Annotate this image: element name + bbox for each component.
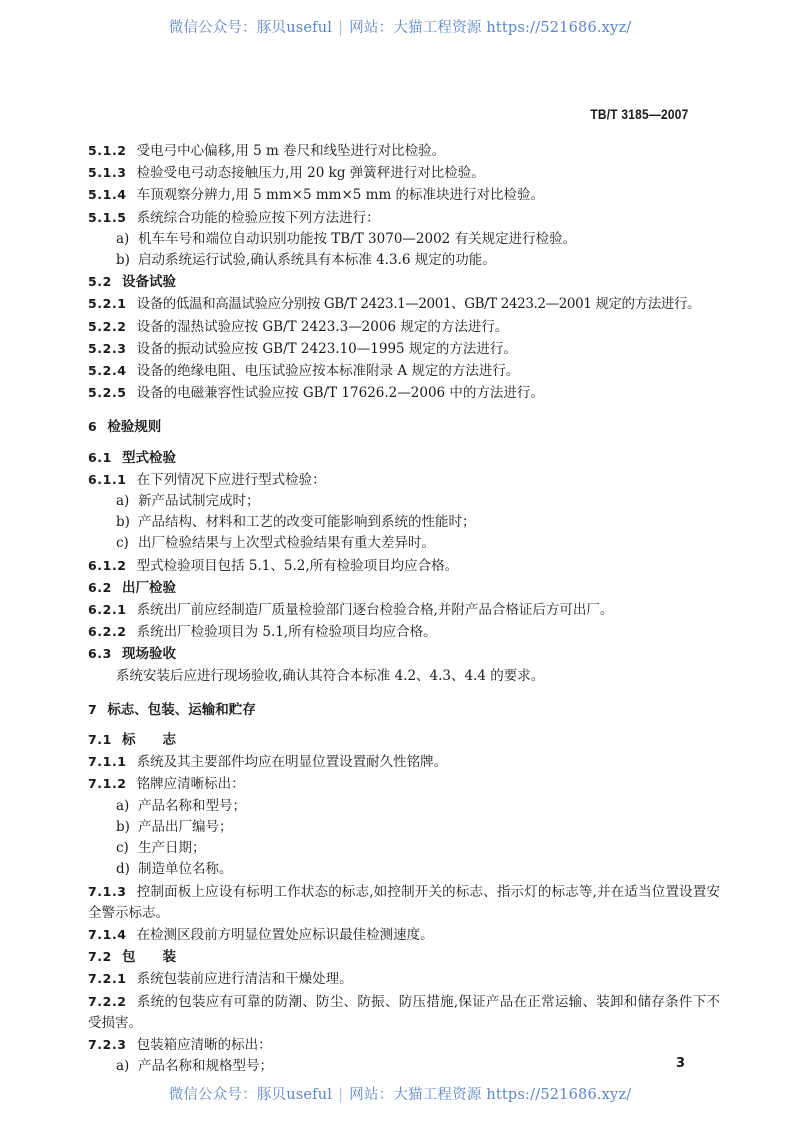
heading-title: 设备试验	[122, 274, 176, 290]
heading-number: 7.2	[88, 946, 112, 967]
list-marker: d)	[116, 859, 138, 880]
list-text: 制造单位名称。	[138, 861, 233, 877]
clause-text: 系统综合功能的检验应按下列方法进行：	[137, 210, 380, 226]
clause-text: 系统出厂前应经制造厂质量检验部门逐台检验合格,并附产品合格证后方可出厂。	[137, 602, 614, 618]
clause-number: 7.2.2	[88, 991, 127, 1012]
watermark-right: 网站：大猫工程资源 https://521686.xyz/	[349, 1087, 631, 1103]
list-text: 机车车号和端位自动识别功能按 TB/T 3070—2002 有关规定进行检验。	[138, 231, 576, 247]
list-marker: b)	[116, 817, 138, 838]
clause-text: 设备的湿热试验应按 GB/T 2423.3—2006 规定的方法进行。	[137, 319, 509, 335]
clause-7-1-1: 7.1.1系统及其主要部件均应在明显位置设置耐久性铭牌。	[88, 751, 720, 773]
clause-number: 7.1.1	[88, 751, 127, 772]
list-marker: c)	[116, 838, 138, 859]
list-text: 产品结构、材料和工艺的改变可能影响到系统的性能时；	[138, 514, 476, 530]
clause-number: 5.1.4	[88, 184, 127, 205]
clause-7-1-3: 7.1.3控制面板上应设有标明工作状态的标志,如控制开关的标志、指示灯的标志等,…	[88, 881, 720, 924]
clause-number: 6.2.1	[88, 599, 127, 620]
clause-number: 6.2.2	[88, 621, 127, 642]
clause-number: 5.2.3	[88, 338, 127, 359]
clause-7-2-2: 7.2.2系统的包装应有可靠的防潮、防尘、防振、防压措施,保证产品在正常运输、装…	[88, 991, 720, 1034]
watermark-separator: |	[338, 20, 343, 36]
clause-7-2-1: 7.2.1系统包装前应进行清洁和干燥处理。	[88, 968, 720, 990]
clause-number: 5.1.2	[88, 140, 127, 161]
clause-6-1-1: 6.1.1在下列情况下应进行型式检验：	[88, 469, 720, 491]
heading-title: 标 志	[122, 732, 176, 748]
clause-number: 6.1.2	[88, 555, 127, 576]
list-text: 生产日期；	[138, 840, 206, 856]
heading-number: 6.2	[88, 577, 112, 598]
clause-text: 铭牌应清晰标出：	[137, 776, 245, 792]
clause-5-1-3: 5.1.3检验受电弓动态接触压力,用 20 kg 弹簧秤进行对比检验。	[88, 162, 720, 184]
list-item: a)产品名称和规格型号；	[88, 1056, 720, 1077]
list-text: 产品名称和规格型号；	[138, 1058, 273, 1074]
list-item: c)生产日期；	[88, 838, 720, 859]
list-item: c)出厂检验结果与上次型式检验结果有重大差异时。	[88, 533, 720, 554]
heading-6-3: 6.3现场验收	[88, 643, 720, 665]
clause-number: 5.2.4	[88, 360, 127, 381]
heading-title: 型式检验	[122, 450, 176, 466]
watermark-left: 微信公众号：豚贝useful	[169, 1087, 333, 1103]
heading-7: 7标志、包装、运输和贮存	[88, 699, 720, 721]
clause-7-1-2: 7.1.2铭牌应清晰标出：	[88, 773, 720, 795]
list-text: 启动系统运行试验,确认系统具有本标准 4.3.6 规定的功能。	[138, 252, 496, 268]
clause-5-2-1: 5.2.1设备的低温和高温试验应分别按 GB/T 2423.1—2001、GB/…	[88, 293, 720, 315]
clause-7-1-4: 7.1.4在检测区段前方明显位置处应标识最佳检测速度。	[88, 924, 720, 946]
list-item: b)产品结构、材料和工艺的改变可能影响到系统的性能时；	[88, 512, 720, 533]
clause-text: 系统出厂检验项目为 5.1,所有检验项目均应合格。	[137, 624, 437, 640]
watermark-bottom: 微信公众号：豚贝useful|网站：大猫工程资源 https://521686.…	[0, 1083, 800, 1104]
clause-6-2-2: 6.2.2系统出厂检验项目为 5.1,所有检验项目均应合格。	[88, 621, 720, 643]
page-number: 3	[676, 1056, 685, 1071]
clause-text: 型式检验项目包括 5.1、5.2,所有检验项目均应合格。	[137, 558, 459, 574]
clause-text: 设备的低温和高温试验应分别按 GB/T 2423.1—2001、GB/T 242…	[137, 296, 701, 312]
clause-5-2-4: 5.2.4设备的绝缘电阻、电压试验应按本标准附录 A 规定的方法进行。	[88, 360, 720, 382]
heading-title: 包 装	[122, 949, 176, 965]
heading-7-1: 7.1标 志	[88, 729, 720, 751]
list-marker: a)	[116, 491, 138, 512]
clause-text: 控制面板上应设有标明工作状态的标志,如控制开关的标志、指示灯的标志等,并在适当位…	[88, 884, 720, 921]
heading-6-1: 6.1型式检验	[88, 447, 720, 469]
list-item: b)启动系统运行试验,确认系统具有本标准 4.3.6 规定的功能。	[88, 250, 720, 271]
heading-5-2: 5.2设备试验	[88, 271, 720, 293]
clause-number: 5.2.5	[88, 382, 127, 403]
clause-text: 设备的绝缘电阻、电压试验应按本标准附录 A 规定的方法进行。	[137, 363, 520, 379]
clause-text: 受电弓中心偏移,用 5 m 卷尺和线坠进行对比检验。	[137, 143, 446, 159]
clause-5-1-2: 5.1.2受电弓中心偏移,用 5 m 卷尺和线坠进行对比检验。	[88, 140, 720, 162]
list-item: a)新产品试制完成时；	[88, 491, 720, 512]
heading-number: 6	[88, 416, 97, 437]
list-marker: a)	[116, 1056, 138, 1077]
clause-5-1-5: 5.1.5系统综合功能的检验应按下列方法进行：	[88, 207, 720, 229]
clause-number: 7.2.3	[88, 1034, 127, 1055]
list-text: 出厂检验结果与上次型式检验结果有重大差异时。	[138, 535, 435, 551]
clause-5-2-3: 5.2.3设备的振动试验应按 GB/T 2423.10—1995 规定的方法进行…	[88, 338, 720, 360]
clause-6-1-2: 6.1.2型式检验项目包括 5.1、5.2,所有检验项目均应合格。	[88, 555, 720, 577]
clause-text: 设备的电磁兼容性试验应按 GB/T 17626.2—2006 中的方法进行。	[137, 385, 544, 401]
heading-6: 6检验规则	[88, 416, 720, 438]
heading-title: 现场验收	[122, 646, 176, 662]
heading-title: 出厂检验	[122, 580, 176, 596]
clause-7-2-3: 7.2.3包装箱应清晰的标出：	[88, 1034, 720, 1056]
list-marker: c)	[116, 533, 138, 554]
clause-text: 设备的振动试验应按 GB/T 2423.10—1995 规定的方法进行。	[137, 341, 517, 357]
clause-6-3-text: 系统安装后应进行现场验收,确认其符合本标准 4.2、4.3、4.4 的要求。	[88, 666, 720, 687]
heading-number: 7.1	[88, 729, 112, 750]
watermark-right: 网站：大猫工程资源 https://521686.xyz/	[349, 20, 631, 36]
clause-number: 5.2.1	[88, 293, 127, 314]
heading-number: 6.1	[88, 447, 112, 468]
list-text: 产品出厂编号；	[138, 819, 233, 835]
clause-number: 7.2.1	[88, 968, 127, 989]
clause-text: 车顶观察分辨力,用 5 mm×5 mm×5 mm 的标准块进行对比检验。	[137, 187, 544, 203]
document-body: 5.1.2受电弓中心偏移,用 5 m 卷尺和线坠进行对比检验。 5.1.3检验受…	[88, 140, 720, 1077]
heading-title: 检验规则	[107, 419, 161, 435]
clause-text: 包装箱应清晰的标出：	[137, 1037, 272, 1053]
heading-number: 5.2	[88, 271, 112, 292]
clause-number: 5.1.5	[88, 207, 127, 228]
clause-5-1-4: 5.1.4车顶观察分辨力,用 5 mm×5 mm×5 mm 的标准块进行对比检验…	[88, 184, 720, 206]
list-item: d)制造单位名称。	[88, 859, 720, 880]
list-text: 新产品试制完成时；	[138, 493, 260, 509]
clause-5-2-2: 5.2.2设备的湿热试验应按 GB/T 2423.3—2006 规定的方法进行。	[88, 316, 720, 338]
list-text: 产品名称和型号；	[138, 798, 246, 814]
clause-text: 检验受电弓动态接触压力,用 20 kg 弹簧秤进行对比检验。	[137, 165, 485, 181]
clause-number: 7.1.3	[88, 881, 127, 902]
clause-number: 7.1.2	[88, 773, 127, 794]
list-marker: a)	[116, 796, 138, 817]
clause-number: 7.1.4	[88, 924, 127, 945]
clause-number: 5.1.3	[88, 162, 127, 183]
standard-number: TB/T 3185—2007	[590, 106, 688, 122]
clause-text: 系统包装前应进行清洁和干燥处理。	[137, 971, 353, 987]
watermark-separator: |	[338, 1087, 343, 1103]
heading-7-2: 7.2包 装	[88, 946, 720, 968]
heading-title: 标志、包装、运输和贮存	[107, 702, 256, 718]
clause-number: 5.2.2	[88, 316, 127, 337]
clause-6-2-1: 6.2.1系统出厂前应经制造厂质量检验部门逐台检验合格,并附产品合格证后方可出厂…	[88, 599, 720, 621]
list-item: a)产品名称和型号；	[88, 796, 720, 817]
list-marker: a)	[116, 229, 138, 250]
list-item: b)产品出厂编号；	[88, 817, 720, 838]
clause-text: 系统及其主要部件均应在明显位置设置耐久性铭牌。	[137, 754, 448, 770]
heading-6-2: 6.2出厂检验	[88, 577, 720, 599]
clause-text: 系统的包装应有可靠的防潮、防尘、防振、防压措施,保证产品在正常运输、装卸和储存条…	[88, 994, 720, 1031]
clause-5-2-5: 5.2.5设备的电磁兼容性试验应按 GB/T 17626.2—2006 中的方法…	[88, 382, 720, 404]
list-marker: b)	[116, 250, 138, 271]
list-item: a)机车车号和端位自动识别功能按 TB/T 3070—2002 有关规定进行检验…	[88, 229, 720, 250]
watermark-left: 微信公众号：豚贝useful	[169, 20, 333, 36]
list-marker: b)	[116, 512, 138, 533]
heading-number: 7	[88, 699, 97, 720]
heading-number: 6.3	[88, 643, 112, 664]
clause-text: 在下列情况下应进行型式检验：	[137, 472, 326, 488]
clause-number: 6.1.1	[88, 469, 127, 490]
watermark-top: 微信公众号：豚贝useful|网站：大猫工程资源 https://521686.…	[0, 16, 800, 37]
clause-text: 在检测区段前方明显位置处应标识最佳检测速度。	[137, 927, 434, 943]
